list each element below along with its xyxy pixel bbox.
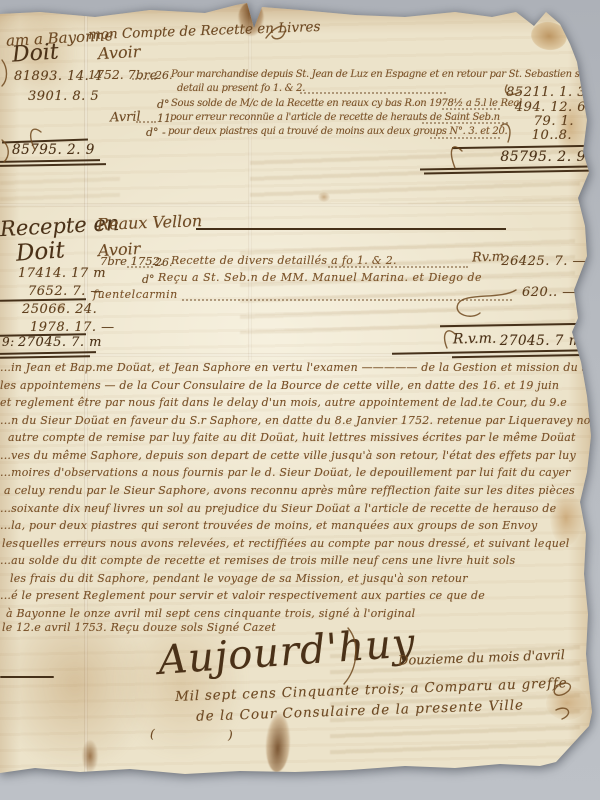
leader-dots bbox=[422, 122, 508, 124]
entry-amount: 620.. — bbox=[522, 286, 576, 300]
heading-rule bbox=[196, 228, 506, 230]
stray-mark: ) bbox=[228, 729, 233, 742]
entry-text: fuentelcarmin bbox=[93, 289, 178, 301]
debit-heading: Doit bbox=[15, 238, 66, 267]
total-rule bbox=[0, 355, 90, 359]
manuscript-photo: am a Bayonne mon Compte de Recette en Li… bbox=[0, 0, 600, 800]
credit-total: 85795. 2. 9 bbox=[500, 150, 586, 165]
debit-amount: 17414. 17 m bbox=[18, 267, 106, 281]
debit-amount: 25066. 24. bbox=[22, 303, 97, 317]
debit-heading: Doit bbox=[11, 40, 59, 67]
section-heading-reaux-vellon: Reaux Vellon bbox=[97, 212, 203, 233]
entry-text: Pour marchandise depuis St. Jean de Luz … bbox=[171, 69, 600, 80]
header-title: mon Compte de Recette en Livres bbox=[88, 20, 321, 43]
debit-amount: 3901. 8. 5 bbox=[28, 90, 99, 104]
credit-total-label: R.v.m. bbox=[453, 332, 497, 348]
body-line: et reglement être par nous fait dans le … bbox=[0, 397, 567, 409]
body-line: les frais du dit Saphore, pendant le voy… bbox=[10, 573, 468, 585]
body-line: ...in Jean et Bap.me Doüat, et Jean Saph… bbox=[0, 362, 600, 374]
pen-dash bbox=[0, 676, 54, 678]
body-line: les appointemens — de la Cour Consulaire… bbox=[0, 380, 559, 392]
entry-text: Reçu a St. Seb.n de MM. Manuel Marina. e… bbox=[158, 272, 482, 284]
entry-text: pour deux piastres qui a trouvé de moins… bbox=[168, 126, 507, 137]
debit-total: 85795. 2. 9 bbox=[12, 143, 95, 158]
body-line: ...la, pour deux piastres qui seront tro… bbox=[0, 520, 537, 532]
credit-heading: Avoir bbox=[98, 43, 141, 63]
entry-amount: 26425. 7. — bbox=[501, 255, 586, 269]
manuscript-page: am a Bayonne mon Compte de Recette en Li… bbox=[0, 0, 600, 800]
total-rule bbox=[0, 163, 106, 167]
leader-dots bbox=[442, 108, 500, 110]
entry-day: 26. bbox=[155, 70, 173, 82]
leader-dots bbox=[430, 137, 500, 139]
debit-amount: 7652. 7. — bbox=[28, 285, 104, 299]
entry-month: Avril bbox=[110, 110, 141, 125]
leader-dots bbox=[300, 92, 446, 94]
leader-dash bbox=[127, 266, 153, 268]
body-line: a celuy rendu par le Sieur Saphore, avon… bbox=[4, 485, 575, 497]
currency-label: Rv.m bbox=[472, 250, 505, 265]
body-line: ...moires d'observations a nous fournis … bbox=[0, 467, 571, 479]
leader-dash bbox=[132, 78, 156, 80]
fox-spot bbox=[318, 192, 330, 202]
debit-total-prefix: 9: bbox=[2, 336, 15, 349]
sum-rule bbox=[0, 298, 86, 301]
ink-bleedthrough bbox=[0, 167, 120, 211]
tear-stain bbox=[264, 713, 291, 772]
body-line: ...é le present Reglement pour servir et… bbox=[0, 590, 485, 602]
entry-day: d° - bbox=[146, 127, 166, 139]
leader-dots bbox=[328, 266, 468, 268]
entry-day: 26. bbox=[155, 257, 173, 269]
paper-wrap: am a Bayonne mon Compte de Recette en Li… bbox=[0, 0, 600, 800]
body-line: autre compte de remise par luy faite au … bbox=[8, 432, 576, 444]
entry-text: detail au present fo 1. & 2. bbox=[177, 83, 305, 94]
flourish bbox=[2, 140, 8, 162]
body-line: ...ves du même Saphore, depuis son depar… bbox=[0, 450, 576, 462]
debit-total: 27045. 7. m bbox=[18, 336, 102, 350]
leader-dots bbox=[182, 299, 512, 301]
body-line: ...n du Sieur Doüat en faveur du S.r Sap… bbox=[0, 415, 600, 427]
body-line: à Bayonne le onze avril mil sept cens ci… bbox=[6, 608, 415, 620]
entry-day: 11 bbox=[157, 113, 171, 125]
entry-amount: 10..8. bbox=[532, 129, 572, 143]
body-line: lesquelles erreurs nous avons relevées, … bbox=[2, 538, 570, 550]
credit-total: 27045. 7 m bbox=[500, 334, 582, 349]
leader-dash bbox=[136, 121, 156, 123]
stray-mark: ( bbox=[150, 728, 155, 741]
torn-corner-flap bbox=[529, 20, 569, 53]
entry-day: d° bbox=[157, 99, 170, 111]
body-line: ...soixante dix neuf livres un sol au pr… bbox=[0, 503, 556, 515]
entry-day: d° bbox=[142, 274, 155, 286]
body-line: ...au solde du dit compte de recette et … bbox=[0, 555, 515, 567]
